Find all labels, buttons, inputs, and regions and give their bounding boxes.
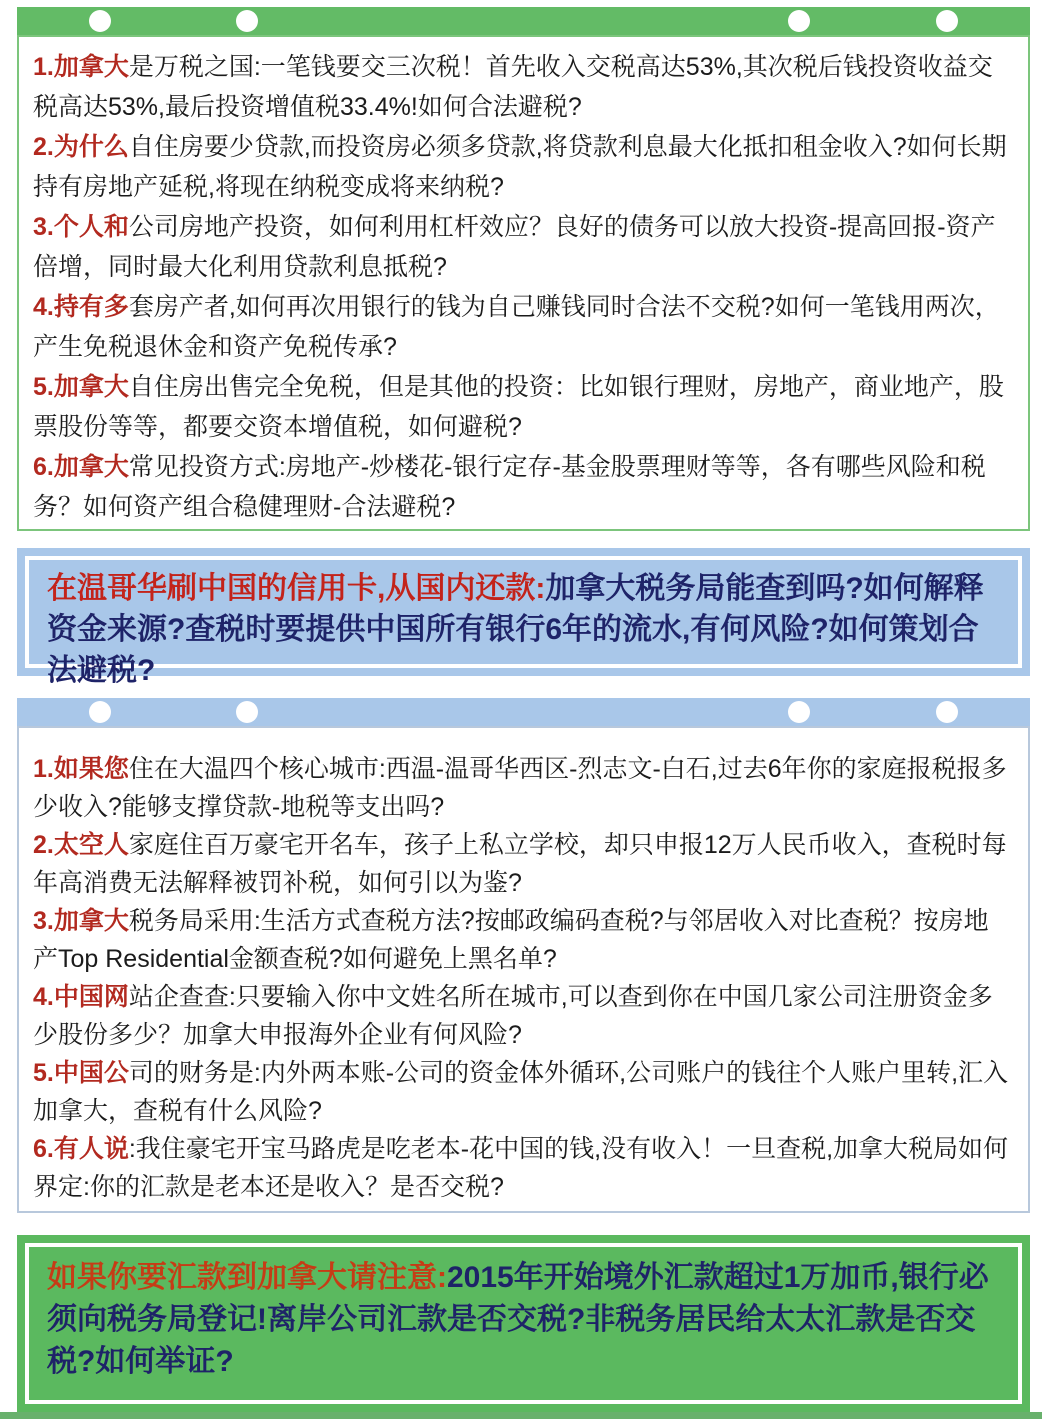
top-punch-bar xyxy=(17,7,1030,35)
punch-hole-icon xyxy=(936,701,958,723)
middle-punch-bar xyxy=(17,698,1030,726)
credit-card-banner: 在温哥华刷中国的信用卡,从国内还款:加拿大税务局能查到吗?如何解释资金来源?查税… xyxy=(17,548,1030,676)
question-item: 4.中国网站企查查:只要输入你中文姓名所在城市,可以查到你在中国几家公司注册资金… xyxy=(33,978,1012,1054)
banner-highlight: 在温哥华刷中国的信用卡,从国内还款: xyxy=(47,572,545,605)
bottom-green-strip xyxy=(0,1412,1042,1419)
punch-hole-icon xyxy=(936,10,958,32)
punch-hole-icon xyxy=(788,701,810,723)
question-item: 3.个人和公司房地产投资，如何利用杠杆效应？良好的债务可以放大投资-提高回报-资… xyxy=(33,207,1012,287)
question-item: 2.太空人家庭住百万豪宅开名车，孩子上私立学校，却只申报12万人民币收入，查税时… xyxy=(33,826,1012,902)
flyer-page: 1.加拿大是万税之国:一笔钱要交三次税！首先收入交税高达53%,其次税后钱投资收… xyxy=(0,0,1042,1419)
question-prefix: 6.有人说 xyxy=(33,1135,129,1163)
question-prefix: 5.中国公 xyxy=(33,1059,129,1087)
question-item: 5.加拿大自住房出售完全免税，但是其他的投资：比如银行理财，房地产，商业地产，股… xyxy=(33,367,1012,447)
question-prefix: 3.个人和 xyxy=(33,213,129,241)
question-text: :我住豪宅开宝马路虎是吃老本-花中国的钱,没有收入！一旦查税,加拿大税局如何界定… xyxy=(33,1135,1008,1201)
question-item: 5.中国公司的财务是:内外两本账-公司的资金体外循环,公司账户的钱往个人账户里转… xyxy=(33,1054,1012,1130)
question-item: 6.有人说:我住豪宅开宝马路虎是吃老本-花中国的钱,没有收入！一旦查税,加拿大税… xyxy=(33,1130,1012,1206)
question-text: 税务局采用:生活方式查税方法?按邮政编码查税?与邻居收入对比查税？按房地产Top… xyxy=(33,907,989,973)
question-prefix: 6.加拿大 xyxy=(33,453,129,481)
question-text: 司的财务是:内外两本账-公司的资金体外循环,公司账户的钱往个人账户里转,汇入加拿… xyxy=(33,1059,1008,1125)
punch-hole-icon xyxy=(236,10,258,32)
question-item: 3.加拿大税务局采用:生活方式查税方法?按邮政编码查税?与邻居收入对比查税？按房… xyxy=(33,902,1012,978)
question-text: 自住房要少贷款,而投资房必须多贷款,将贷款利息最大化抵扣租金收入?如何长期持有房… xyxy=(33,133,1007,201)
question-text: 家庭住百万豪宅开名车，孩子上私立学校，却只申报12万人民币收入，查税时每年高消费… xyxy=(33,831,1007,897)
remittance-banner: 如果你要汇款到加拿大请注意:2015年开始境外汇款超过1万加币,银行必须向税务局… xyxy=(17,1235,1030,1412)
question-item: 1.如果您住在大温四个核心城市:西温-温哥华西区-烈志文-白石,过去6年你的家庭… xyxy=(33,750,1012,826)
punch-hole-icon xyxy=(236,701,258,723)
credit-card-banner-inner: 在温哥华刷中国的信用卡,从国内还款:加拿大税务局能查到吗?如何解释资金来源?查税… xyxy=(25,556,1022,668)
question-prefix: 1.加拿大 xyxy=(33,53,129,81)
question-text: 是万税之国:一笔钱要交三次税！首先收入交税高达53%,其次税后钱投资收益交税高达… xyxy=(33,53,993,121)
punch-hole-icon xyxy=(89,701,111,723)
question-prefix: 3.加拿大 xyxy=(33,907,129,935)
punch-hole-icon xyxy=(89,10,111,32)
question-prefix: 4.持有多 xyxy=(33,293,129,321)
question-text: 站企查查:只要输入你中文姓名所在城市,可以查到你在中国几家公司注册资金多少股份多… xyxy=(33,983,993,1049)
question-item: 4.持有多套房产者,如何再次用银行的钱为自己赚钱同时合法不交税?如何一笔钱用两次… xyxy=(33,287,1012,367)
remittance-banner-inner: 如果你要汇款到加拿大请注意:2015年开始境外汇款超过1万加币,银行必须向税务局… xyxy=(25,1243,1022,1404)
question-text: 自住房出售完全免税，但是其他的投资：比如银行理财，房地产，商业地产，股票股份等等… xyxy=(33,373,1004,441)
question-item: 6.加拿大常见投资方式:房地产-炒楼花-银行定存-基金股票理财等等，各有哪些风险… xyxy=(33,447,1012,527)
question-prefix: 5.加拿大 xyxy=(33,373,129,401)
question-prefix: 2.太空人 xyxy=(33,831,129,859)
banner-highlight: 如果你要汇款到加拿大请注意: xyxy=(47,1261,447,1294)
tax-questions-box-2: 1.如果您住在大温四个核心城市:西温-温哥华西区-烈志文-白石,过去6年你的家庭… xyxy=(17,726,1030,1213)
tax-questions-box-1: 1.加拿大是万税之国:一笔钱要交三次税！首先收入交税高达53%,其次税后钱投资收… xyxy=(17,35,1030,531)
punch-hole-icon xyxy=(788,10,810,32)
question-item: 1.加拿大是万税之国:一笔钱要交三次税！首先收入交税高达53%,其次税后钱投资收… xyxy=(33,47,1012,127)
question-text: 住在大温四个核心城市:西温-温哥华西区-烈志文-白石,过去6年你的家庭报税报多少… xyxy=(33,755,1007,821)
question-prefix: 4.中国网 xyxy=(33,983,129,1011)
question-prefix: 2.为什么 xyxy=(33,133,129,161)
question-text: 套房产者,如何再次用银行的钱为自己赚钱同时合法不交税?如何一笔钱用两次，产生免税… xyxy=(33,293,1000,361)
question-text: 公司房地产投资，如何利用杠杆效应？良好的债务可以放大投资-提高回报-资产倍增，同… xyxy=(33,213,996,281)
question-prefix: 1.如果您 xyxy=(33,755,129,783)
question-item: 2.为什么自住房要少贷款,而投资房必须多贷款,将贷款利息最大化抵扣租金收入?如何… xyxy=(33,127,1012,207)
question-text: 常见投资方式:房地产-炒楼花-银行定存-基金股票理财等等，各有哪些风险和税务？如… xyxy=(33,453,986,521)
